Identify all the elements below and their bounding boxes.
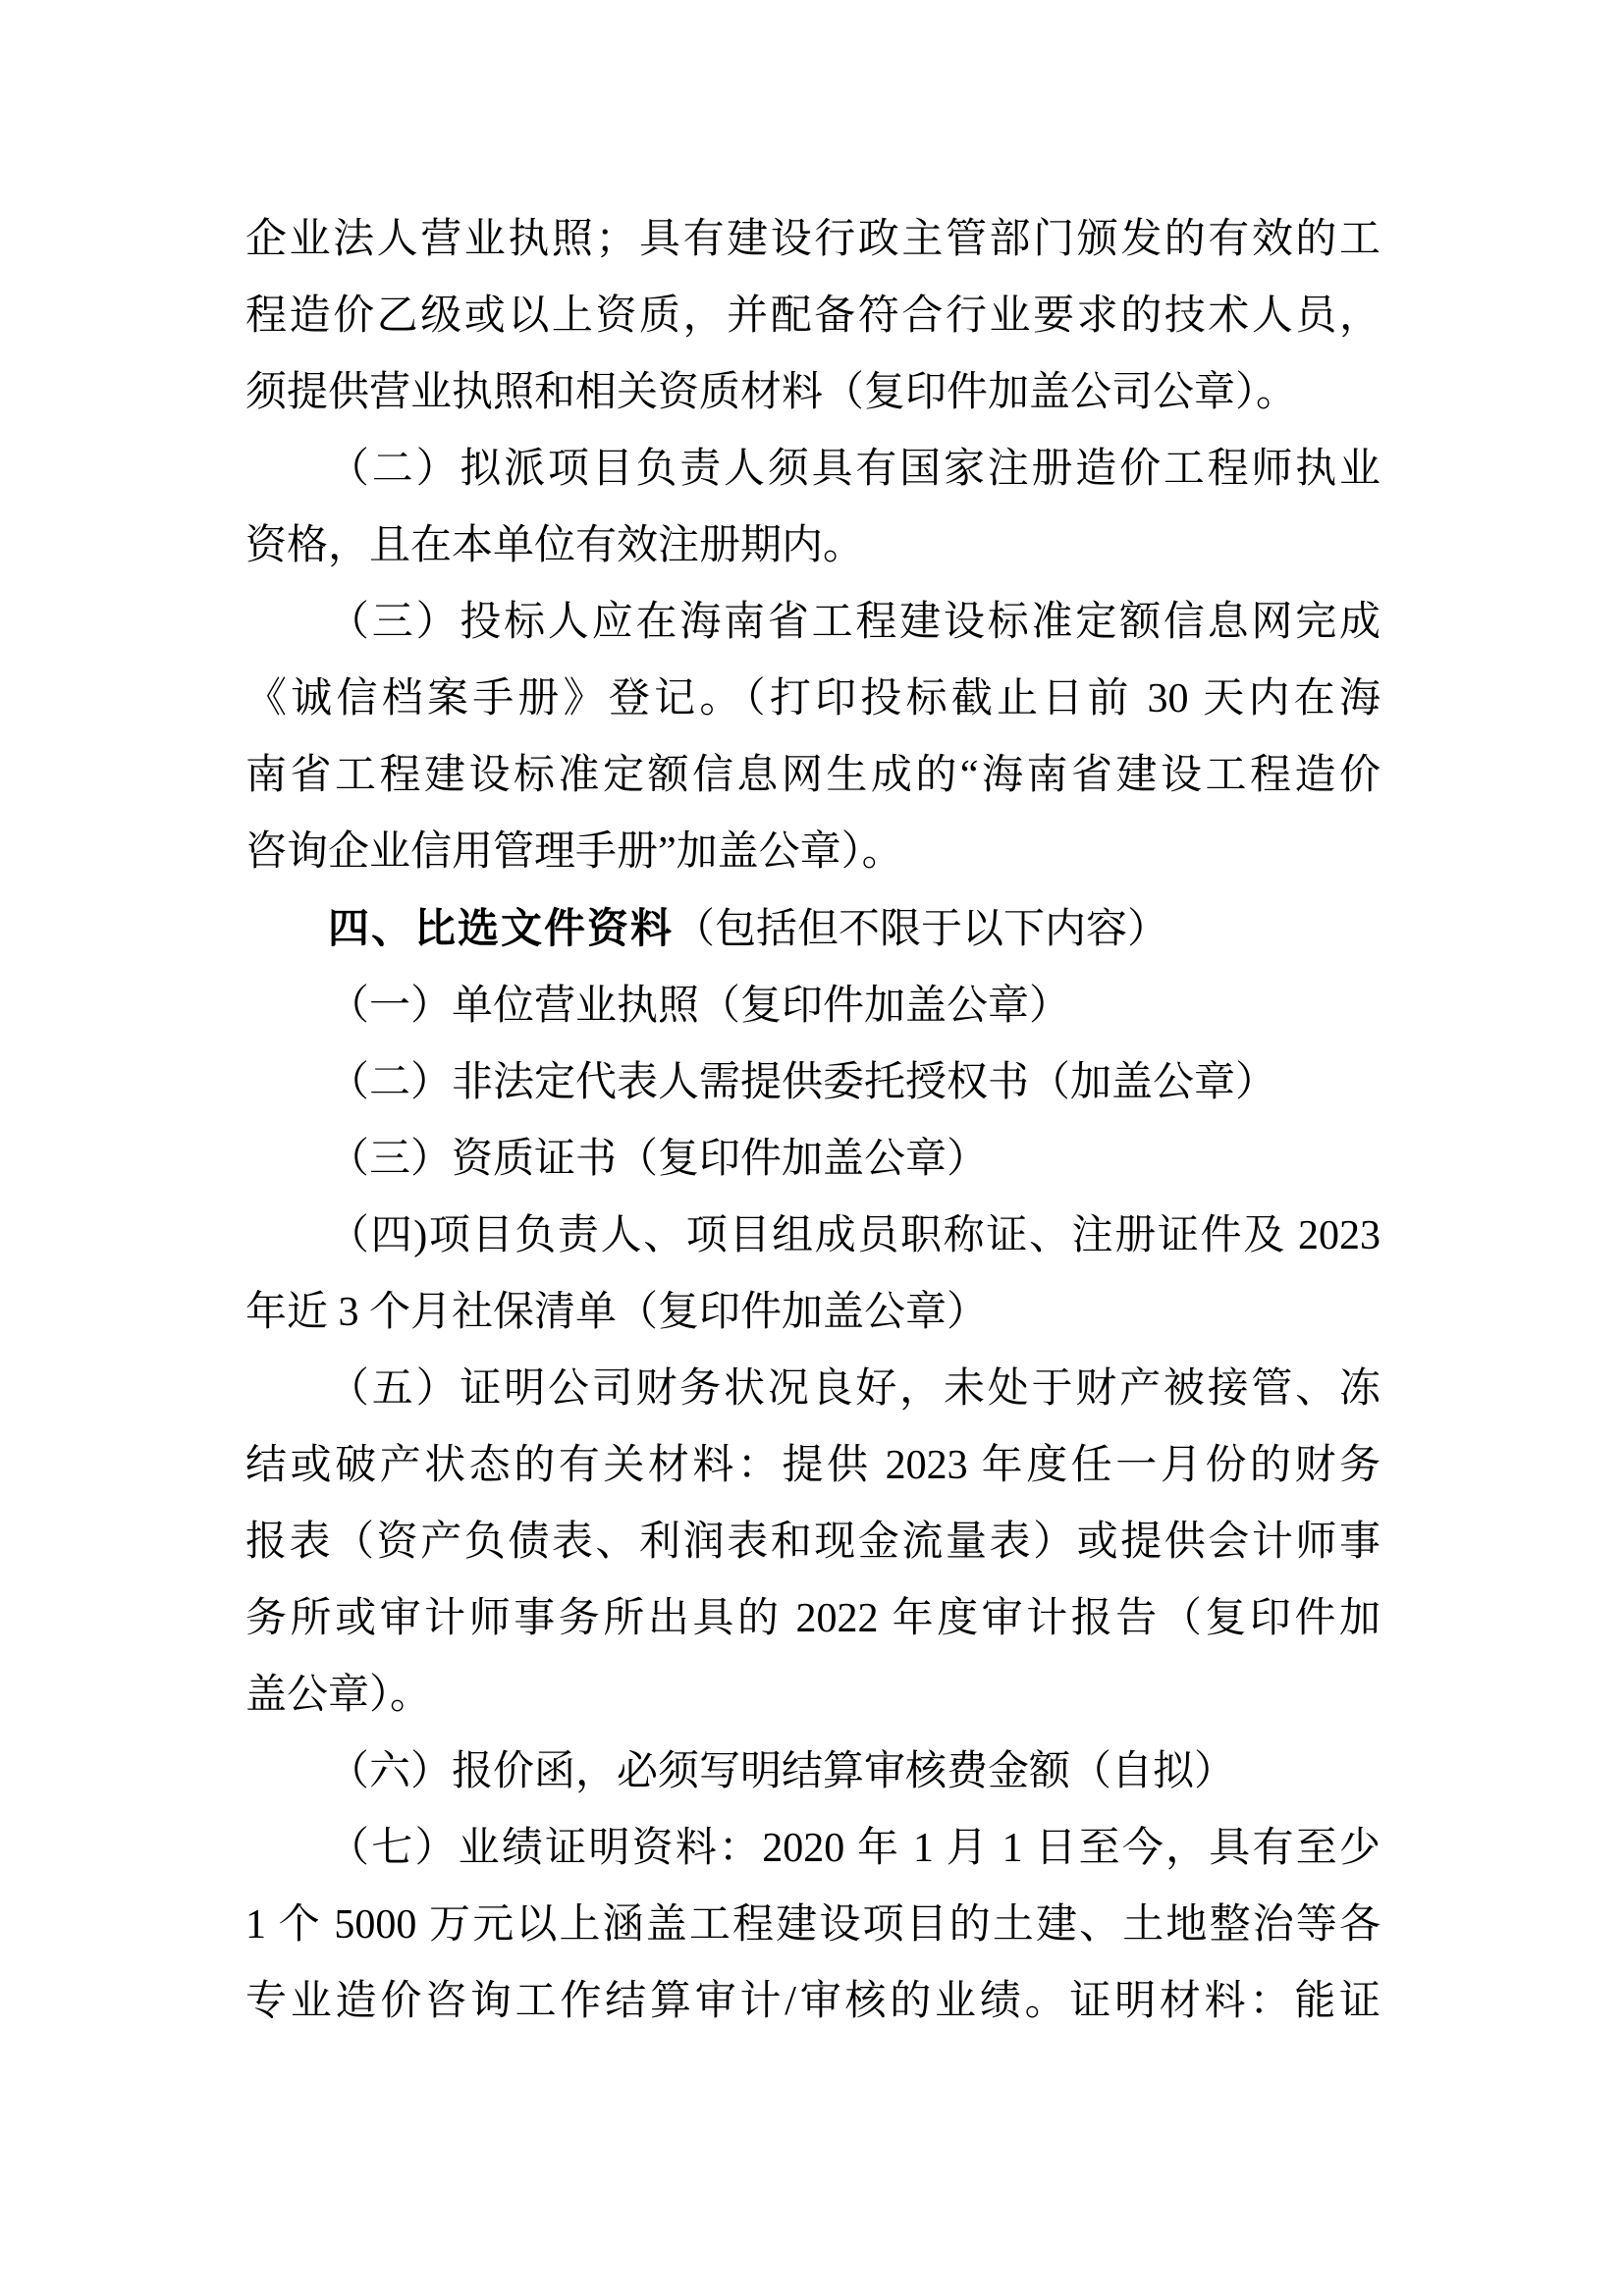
item-3-qualification-certificate: （三）资质证书（复印件加盖公章） bbox=[245, 1121, 1380, 1198]
text-run: （七）业绩证明资料：2020 年 1 月 1 日至今，具有至少 bbox=[328, 1826, 1380, 1871]
text-run: 《诚信档案手册》登记。（打印投标截止日前 30 天内在海 bbox=[245, 676, 1380, 721]
text-run: （二）非法定代表人需提供委托授权书（加盖公章） bbox=[328, 1060, 1276, 1105]
para-1-qualification-continued: 企业法人营业执照；具有建设行政主管部门颁发的有效的工程造价乙级或以上资质，并配备… bbox=[245, 201, 1380, 431]
item-1-business-license: （一）单位营业执照（复印件加盖公章） bbox=[245, 968, 1380, 1044]
item-6-quotation-letter: （六）报价函，必须写明结算审核费金额（自拟） bbox=[245, 1734, 1380, 1810]
text-line: （五）证明公司财务状况良好，未处于财产被接管、冻 bbox=[245, 1351, 1380, 1427]
text-run: 须提供营业执照和相关资质材料（复印件加盖公司公章）。 bbox=[245, 370, 1297, 415]
text-run: 咨询企业信用管理手册”加盖公章）。 bbox=[245, 829, 903, 875]
text-line: 资格，且在本单位有效注册期内。 bbox=[245, 507, 1380, 584]
text-run: 结或破产状态的有关材料：提供 2023 年度任一月份的财务 bbox=[245, 1443, 1380, 1488]
text-run: 务所或审计师事务所出具的 2022 年度审计报告（复印件加 bbox=[245, 1596, 1380, 1641]
text-run: （三）资质证书（复印件加盖公章） bbox=[328, 1137, 988, 1182]
text-line: （六）报价函，必须写明结算审核费金额（自拟） bbox=[245, 1734, 1380, 1810]
text-run: 企业法人营业执照；具有建设行政主管部门颁发的有效的工 bbox=[245, 217, 1380, 262]
text-run: 报表（资产负债表、利润表和现金流量表）或提供会计师事 bbox=[245, 1520, 1380, 1565]
text-line: 报表（资产负债表、利润表和现金流量表）或提供会计师事 bbox=[245, 1504, 1380, 1580]
text-run: 资格，且在本单位有效注册期内。 bbox=[245, 523, 864, 568]
text-line: （二）拟派项目负责人须具有国家注册造价工程师执业 bbox=[245, 431, 1380, 507]
document-body: 企业法人营业执照；具有建设行政主管部门颁发的有效的工程造价乙级或以上资质，并配备… bbox=[245, 201, 1380, 2040]
text-line: 四、比选文件资料（包括但不限于以下内容） bbox=[245, 890, 1380, 968]
text-line: 《诚信档案手册》登记。（打印投标截止日前 30 天内在海 bbox=[245, 661, 1380, 737]
document-page: 企业法人营业执照；具有建设行政主管部门颁发的有效的工程造价乙级或以上资质，并配备… bbox=[0, 0, 1624, 2296]
text-line: 南省工程建设标准定额信息网生成的“海南省建设工程造价 bbox=[245, 737, 1380, 814]
text-line: （三）资质证书（复印件加盖公章） bbox=[245, 1121, 1380, 1198]
text-run: 程造价乙级或以上资质，并配备符合行业要求的技术人员， bbox=[245, 294, 1380, 339]
text-line: 结或破产状态的有关材料：提供 2023 年度任一月份的财务 bbox=[245, 1427, 1380, 1504]
text-line: 企业法人营业执照；具有建设行政主管部门颁发的有效的工 bbox=[245, 201, 1380, 278]
item-5-financial-status: （五）证明公司财务状况良好，未处于财产被接管、冻结或破产状态的有关材料：提供 2… bbox=[245, 1351, 1380, 1734]
para-2-project-leader: （二）拟派项目负责人须具有国家注册造价工程师执业资格，且在本单位有效注册期内。 bbox=[245, 431, 1380, 584]
text-line: 咨询企业信用管理手册”加盖公章）。 bbox=[245, 814, 1380, 890]
text-line: （二）非法定代表人需提供委托授权书（加盖公章） bbox=[245, 1044, 1380, 1121]
text-line: 务所或审计师事务所出具的 2022 年度审计报告（复印件加 bbox=[245, 1580, 1380, 1657]
item-4-personnel-certificates: （四)项目负责人、项目组成员职称证、注册证件及 2023年近 3 个月社保清单（… bbox=[245, 1198, 1380, 1351]
text-line: （七）业绩证明资料：2020 年 1 月 1 日至今，具有至少 bbox=[245, 1810, 1380, 1887]
section-heading-text: 四、比选文件资料 bbox=[328, 905, 674, 951]
text-line: 专业造价咨询工作结算审计/审核的业绩。证明材料：能证 bbox=[245, 1963, 1380, 2040]
item-2-authorization-letter: （二）非法定代表人需提供委托授权书（加盖公章） bbox=[245, 1044, 1380, 1121]
text-run: （六）报价函，必须写明结算审核费金额（自拟） bbox=[328, 1749, 1235, 1794]
text-run: （包括但不限于以下内容） bbox=[674, 907, 1168, 952]
text-line: 盖公章）。 bbox=[245, 1657, 1380, 1734]
item-7-performance-proof: （七）业绩证明资料：2020 年 1 月 1 日至今，具有至少1 个 5000 … bbox=[245, 1810, 1380, 2040]
text-line: （三）投标人应在海南省工程建设标准定额信息网完成 bbox=[245, 584, 1380, 661]
text-run: （二）拟派项目负责人须具有国家注册造价工程师执业 bbox=[328, 447, 1380, 492]
text-run: 盖公章）。 bbox=[245, 1673, 431, 1718]
text-run: （三）投标人应在海南省工程建设标准定额信息网完成 bbox=[328, 600, 1380, 645]
heading-section-4-bidding-documents: 四、比选文件资料（包括但不限于以下内容） bbox=[245, 890, 1380, 968]
para-3-credit-registration: （三）投标人应在海南省工程建设标准定额信息网完成《诚信档案手册》登记。（打印投标… bbox=[245, 584, 1380, 890]
text-run: 南省工程建设标准定额信息网生成的“海南省建设工程造价 bbox=[245, 753, 1380, 798]
text-run: 1 个 5000 万元以上涵盖工程建设项目的土建、土地整治等各 bbox=[245, 1902, 1380, 1948]
text-line: （一）单位营业执照（复印件加盖公章） bbox=[245, 968, 1380, 1044]
text-line: 1 个 5000 万元以上涵盖工程建设项目的土建、土地整治等各 bbox=[245, 1887, 1380, 1963]
text-line: （四)项目负责人、项目组成员职称证、注册证件及 2023 bbox=[245, 1198, 1380, 1274]
text-run: （五）证明公司财务状况良好，未处于财产被接管、冻 bbox=[328, 1366, 1380, 1412]
text-run: 年近 3 个月社保清单（复印件加盖公章） bbox=[245, 1290, 988, 1335]
text-run: （四)项目负责人、项目组成员职称证、注册证件及 2023 bbox=[328, 1213, 1380, 1258]
text-run: 专业造价咨询工作结算审计/审核的业绩。证明材料：能证 bbox=[245, 1979, 1380, 2024]
text-run: （一）单位营业执照（复印件加盖公章） bbox=[328, 984, 1070, 1029]
text-line: 程造价乙级或以上资质，并配备符合行业要求的技术人员， bbox=[245, 278, 1380, 354]
text-line: 年近 3 个月社保清单（复印件加盖公章） bbox=[245, 1274, 1380, 1351]
text-line: 须提供营业执照和相关资质材料（复印件加盖公司公章）。 bbox=[245, 354, 1380, 431]
